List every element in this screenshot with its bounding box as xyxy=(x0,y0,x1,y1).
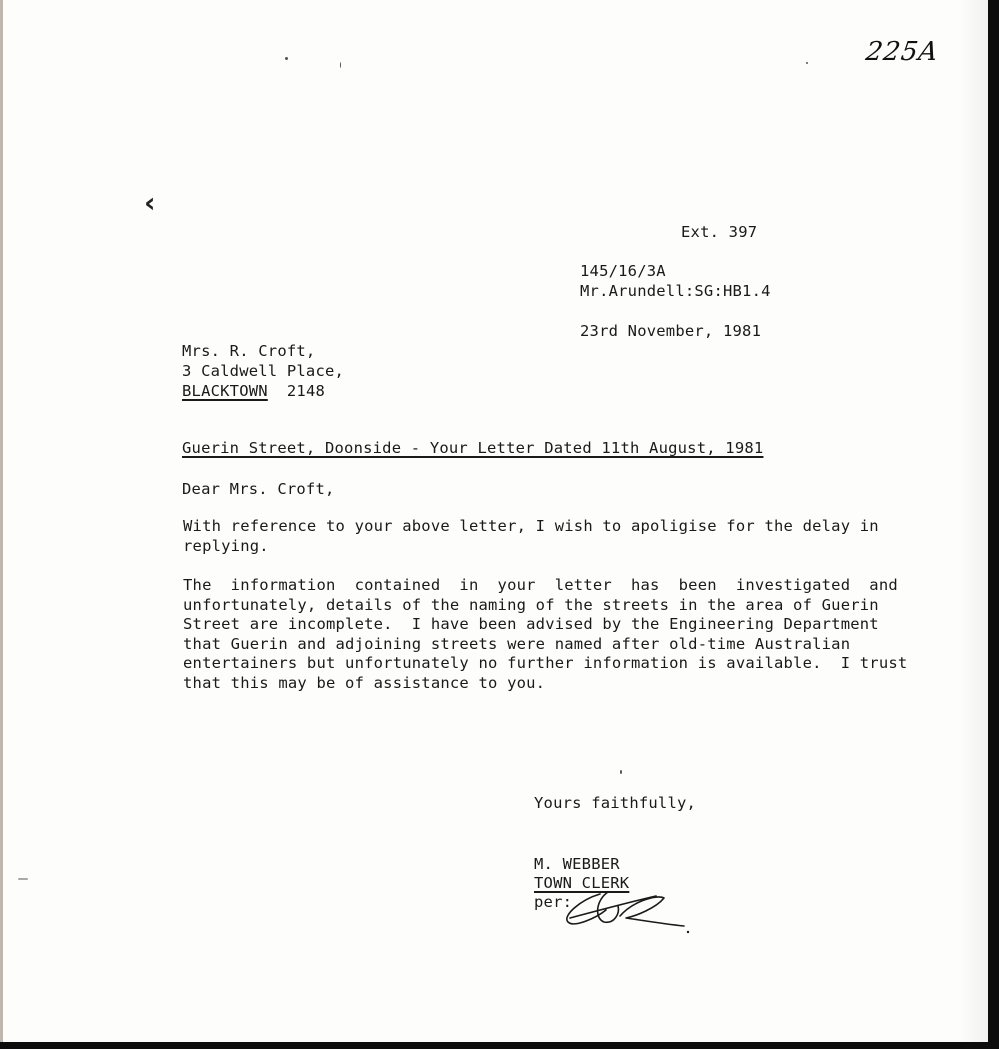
scan-speck xyxy=(285,57,288,60)
recipient-suburb: BLACKTOWN xyxy=(182,382,268,400)
recipient-street: 3 Caldwell Place, xyxy=(182,362,344,381)
signatory-name: M. WEBBER xyxy=(534,855,620,874)
scan-speck xyxy=(806,62,808,64)
body-line: that Guerin and adjoining streets were n… xyxy=(183,635,943,655)
body-line: With reference to your above letter, I w… xyxy=(183,517,943,537)
body-line: unfortunately, details of the naming of … xyxy=(183,596,943,616)
body-line: replying. xyxy=(183,537,943,557)
body-paragraph-1: With reference to your above letter, I w… xyxy=(183,517,943,556)
body-line: The information contained in your letter… xyxy=(183,576,943,596)
reference-code: Mr.Arundell:SG:HB1.4 xyxy=(580,282,771,301)
body-line: entertainers but unfortunately no furthe… xyxy=(183,654,943,674)
salutation: Dear Mrs. Croft, xyxy=(182,480,335,499)
archive-mark: 225A xyxy=(864,37,941,67)
scan-edge-left xyxy=(0,0,3,1049)
body-paragraph-2: The information contained in your letter… xyxy=(183,576,943,693)
scan-speck xyxy=(18,878,28,880)
valediction: Yours faithfully, xyxy=(534,794,696,813)
reference-number: 145/16/3A xyxy=(580,262,666,281)
recipient-name: Mrs. R. Croft, xyxy=(182,342,315,361)
scan-speck xyxy=(620,770,622,774)
scan-edge-bottom xyxy=(0,1042,999,1049)
recipient-postcode: 2148 xyxy=(287,382,325,400)
scan-edge-right xyxy=(988,0,999,1049)
extension-number: Ext. 397 xyxy=(681,223,757,242)
subject-line: Guerin Street, Doonside - Your Letter Da… xyxy=(182,439,763,458)
handwritten-signature xyxy=(560,888,700,938)
punch-mark-icon: ‹ xyxy=(144,186,156,219)
body-line: Street are incomplete. I have been advis… xyxy=(183,615,943,635)
recipient-locality: BLACKTOWN 2148 xyxy=(182,382,325,401)
letter-date: 23rd November, 1981 xyxy=(580,322,761,341)
body-line: that this may be of assistance to you. xyxy=(183,674,943,694)
page-shadow xyxy=(960,0,988,1042)
scan-speck xyxy=(340,62,341,68)
